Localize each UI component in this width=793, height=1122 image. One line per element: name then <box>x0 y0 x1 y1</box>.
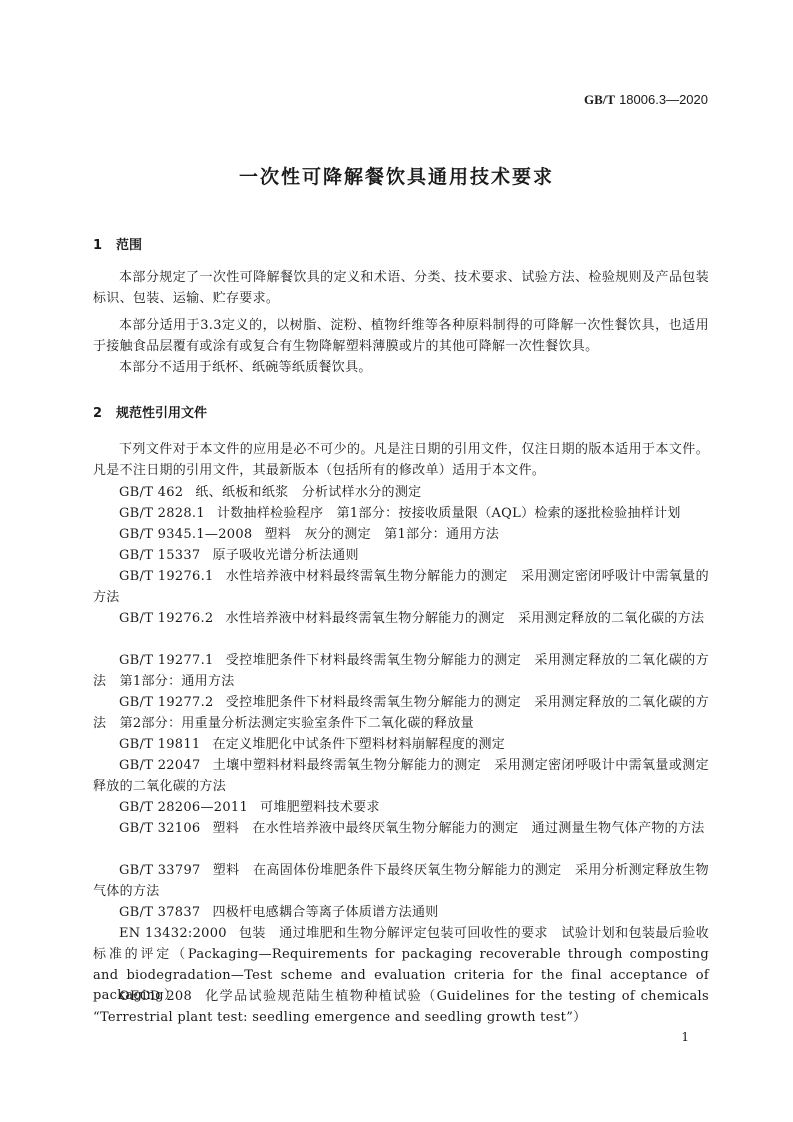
reference-code: GB/T 19276.1 <box>119 569 214 584</box>
reference-code: GB/T 32106 <box>119 821 200 836</box>
reference-title: 在定义堆肥化中试条件下塑料材料崩解程度的测定 <box>212 737 505 752</box>
reference-code: GB/T 28206—2011 <box>119 800 248 815</box>
reference-code: EN 13432:2000 <box>119 926 227 941</box>
reference-title: 可堆肥塑料技术要求 <box>260 800 380 815</box>
reference-item: GB/T 19276.2水性培养液中材料最终需氧生物分解能力的测定 采用测定释放… <box>93 609 709 630</box>
scope-paragraph-3: 本部分不适用于纸杯、纸碗等纸质餐饮具。 <box>93 358 709 379</box>
reference-item: GB/T 19277.2受控堆肥条件下材料最终需氧生物分解能力的测定 采用测定释… <box>93 693 709 735</box>
reference-item: GB/T 15337原子吸收光谱分析法通则 <box>93 546 709 567</box>
section-number: 2 <box>93 406 102 421</box>
scope-paragraph-2: 本部分适用于3.3定义的，以树脂、淀粉、植物纤维等各种原料制得的可降解一次性餐饮… <box>93 316 709 358</box>
reference-item: GB/T 9345.1—2008塑料 灰分的测定 第1部分：通用方法 <box>93 525 709 546</box>
reference-title: 水性培养液中材料最终需氧生物分解能力的测定 采用测定释放的二氧化碳的方法 <box>225 611 704 626</box>
reference-code: GB/T 19277.2 <box>119 695 214 710</box>
reference-item: GB/T 37837四极杆电感耦合等离子体质谱方法通则 <box>93 903 709 924</box>
reference-title: 纸、纸板和纸浆 分析试样水分的测定 <box>195 485 421 500</box>
reference-item: GB/T 33797塑料 在高固体份堆肥条件下最终厌氧生物分解能力的测定 采用分… <box>93 861 709 903</box>
reference-title: 塑料 灰分的测定 第1部分：通用方法 <box>265 527 500 542</box>
reference-code: GB/T 9345.1—2008 <box>119 527 253 542</box>
references-intro-paragraph: 下列文件对于本文件的应用是必不可少的。凡是注日期的引用文件，仅注日期的版本适用于… <box>93 440 709 482</box>
scope-paragraph-1: 本部分规定了一次性可降解餐饮具的定义和术语、分类、技术要求、试验方法、检验规则及… <box>93 268 709 310</box>
reference-title: 四极杆电感耦合等离子体质谱方法通则 <box>212 905 438 920</box>
section-title: 范围 <box>116 238 142 253</box>
reference-code: GB/T 37837 <box>119 905 200 920</box>
reference-title: 计数抽样检验程序 第1部分：按接收质量限（AQL）检索的逐批检验抽样计划 <box>217 506 681 521</box>
standard-number: GB/T18006.3—2020 <box>584 92 708 108</box>
reference-item: GB/T 22047土壤中塑料材料最终需氧生物分解能力的测定 采用测定密闭呼吸计… <box>93 756 709 798</box>
standard-code: 18006.3—2020 <box>619 92 708 107</box>
reference-item: GB/T 2828.1计数抽样检验程序 第1部分：按接收质量限（AQL）检索的逐… <box>93 504 709 525</box>
reference-title: 塑料 在水性培养液中最终厌氧生物分解能力的测定 通过测量生物气体产物的方法 <box>212 821 704 836</box>
section-title: 规范性引用文件 <box>116 406 207 421</box>
reference-title: 原子吸收光谱分析法通则 <box>212 548 358 563</box>
reference-code: GB/T 19277.1 <box>119 653 214 668</box>
page-number: 1 <box>681 1030 689 1044</box>
reference-item: GB/T 19276.1水性培养液中材料最终需氧生物分解能力的测定 采用测定密闭… <box>93 567 709 609</box>
standard-prefix: GB/T <box>584 92 615 107</box>
reference-item: GB/T 19811在定义堆肥化中试条件下塑料材料崩解程度的测定 <box>93 735 709 756</box>
reference-code: OECD 208 <box>119 989 192 1004</box>
section-heading-scope: 1范围 <box>93 234 142 253</box>
reference-code: GB/T 33797 <box>119 863 201 878</box>
reference-item: GB/T 19277.1受控堆肥条件下材料最终需氧生物分解能力的测定 采用测定释… <box>93 651 709 693</box>
document-title: 一次性可降解餐饮具通用技术要求 <box>0 162 793 189</box>
reference-code: GB/T 19276.2 <box>119 611 213 626</box>
reference-code: GB/T 2828.1 <box>119 506 205 521</box>
reference-code: GB/T 15337 <box>119 548 200 563</box>
reference-item: OECD 208化学品试验规范陆生植物种植试验（Guidelines for t… <box>93 987 709 1029</box>
reference-code: GB/T 462 <box>119 485 183 500</box>
reference-item: GB/T 28206—2011可堆肥塑料技术要求 <box>93 798 709 819</box>
reference-code: GB/T 19811 <box>119 737 200 752</box>
section-number: 1 <box>93 238 102 253</box>
section-heading-normative-references: 2规范性引用文件 <box>93 402 207 421</box>
reference-item: GB/T 462纸、纸板和纸浆 分析试样水分的测定 <box>93 483 709 504</box>
reference-item: GB/T 32106塑料 在水性培养液中最终厌氧生物分解能力的测定 通过测量生物… <box>93 819 709 840</box>
reference-code: GB/T 22047 <box>119 758 201 773</box>
